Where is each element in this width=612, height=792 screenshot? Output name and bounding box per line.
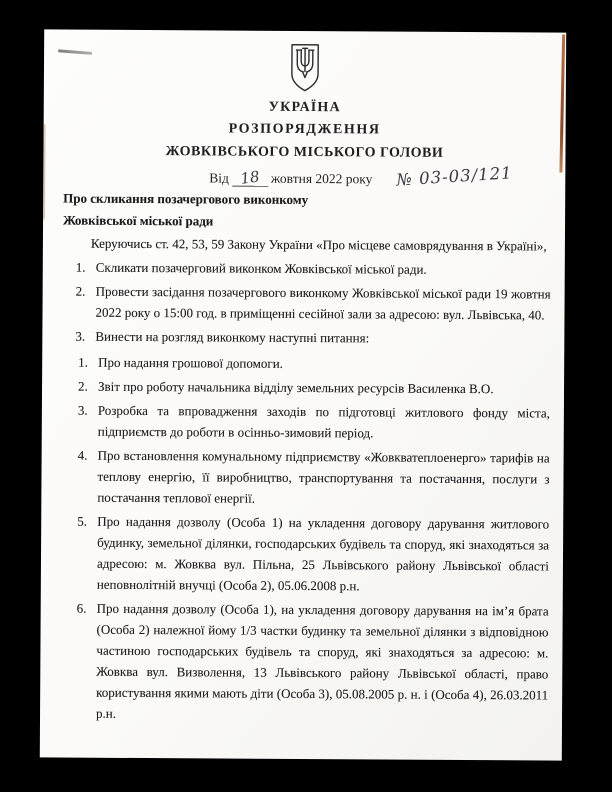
date-day-blank: 18 (232, 168, 268, 187)
date-suffix: жовтня 2022 року (271, 171, 373, 188)
agenda-item: 5. Про надання дозволу (Особа 1) на укла… (77, 511, 550, 598)
order-item-text: Провести засідання позачергового виконко… (95, 281, 550, 326)
ukraine-trident-icon (287, 43, 323, 93)
order-item-text: Скликати позачерговий виконком Жовківськ… (96, 257, 551, 281)
document-header: УКРАЇНА РОЗПОРЯДЖЕННЯ ЖОВКІВСЬКОГО МІСЬК… (43, 41, 566, 188)
scan-edge-tint (43, 124, 46, 219)
issuing-authority: ЖОВКІВСЬКОГО МІСЬКОГО ГОЛОВИ (43, 143, 565, 162)
agenda-item-number: 6. (76, 598, 97, 724)
country-name: УКРАЇНА (44, 98, 566, 117)
agenda-item-text: Звіт про роботу начальника відділу земел… (98, 376, 550, 400)
date-and-number-line: Від 18 жовтня 2022 року № 03-03/121 (209, 166, 565, 188)
order-item: 1. Скликати позачерговий виконком Жовків… (76, 257, 551, 281)
agenda-item: 2. Звіт про роботу начальника відділу зе… (78, 376, 550, 400)
subject-line-2: Жовківської міської ради (63, 209, 551, 233)
order-items-list: 1. Скликати позачерговий виконком Жовків… (75, 257, 551, 350)
order-item-number: 1. (76, 257, 96, 278)
agenda-item-number: 1. (78, 352, 98, 373)
scanned-document-screenshot: { "colors": { "scan_background": "#00000… (0, 0, 612, 792)
agenda-item-number: 2. (78, 376, 98, 397)
order-item: 3. Винести на розгляд виконкому наступні… (75, 326, 550, 350)
order-item-number: 2. (75, 281, 95, 323)
agenda-item-number: 3. (78, 400, 98, 442)
agenda-item: 4. Про встановлення комунальному підприє… (77, 445, 549, 511)
document-page: УКРАЇНА РОЗПОРЯДЖЕННЯ ЖОВКІВСЬКОГО МІСЬК… (40, 29, 566, 760)
agenda-item-text: Про надання грошової допомоги. (98, 352, 550, 376)
document-type-title: РОЗПОРЯДЖЕННЯ (44, 120, 566, 139)
agenda-item-text: Про встановлення комунальному підприємст… (97, 445, 549, 511)
subject-line-1: Про скликання позачергового виконкому (63, 188, 551, 212)
date-prefix: Від (209, 170, 229, 186)
order-item-text: Винести на розгляд виконкому наступні пи… (95, 326, 550, 350)
document-body: Про скликання позачергового виконкому Жо… (60, 188, 551, 727)
handwritten-document-number: № 03-03/121 (396, 163, 513, 189)
agenda-item-text: Про надання дозволу (Особа 1), на укладе… (96, 598, 549, 727)
agenda-item: 6. Про надання дозволу (Особа 1), на укл… (76, 598, 549, 727)
order-item: 2. Провести засідання позачергового вико… (75, 281, 550, 326)
agenda-item-number: 4. (77, 445, 97, 508)
preamble: Керуючись ст. 42, 53, 59 Закону України … (63, 233, 551, 257)
agenda-item-number: 5. (77, 511, 98, 595)
agenda-questions-list: 1. Про надання грошової допомоги. 2. Зві… (76, 352, 550, 727)
agenda-item: 1. Про надання грошової допомоги. (78, 352, 550, 376)
handwritten-day: 18 (239, 167, 260, 187)
agenda-item-text: Розробка та впровадження заходів по підг… (98, 400, 550, 445)
agenda-item-text: Про надання дозволу (Особа 1) на укладен… (97, 511, 550, 598)
order-item-number: 3. (75, 326, 95, 347)
agenda-item: 3. Розробка та впровадження заходів по п… (78, 400, 550, 445)
